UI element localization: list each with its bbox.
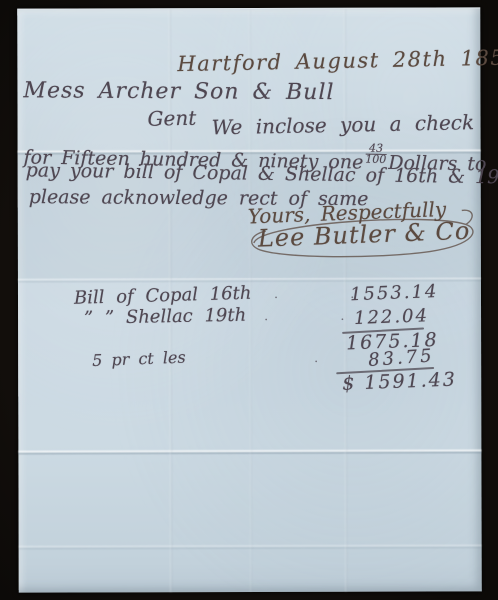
fraction-denominator: 100 [365,155,386,165]
bill-row-amount-copal: 1553.14 [350,283,439,304]
bill-total-amount: $ 1591.43 [342,370,457,393]
discount-label: 5 pr ct les [92,350,186,369]
signature-flourish [230,204,482,261]
bill-row-label-shellac: ” ” Shellac 19th [84,307,247,328]
bill-row-amount-shellac: 122.04 [354,307,430,328]
scan-stage: Hartford August 28th 1854 Mess Archer So… [0,0,498,600]
addressee-line: Mess Archer Son & Bull [23,80,334,104]
leader-dots-row4: · [314,355,352,370]
cents-fraction: 43100 [365,144,386,165]
letter-paper: Hartford August 28th 1854 Mess Archer So… [17,7,482,592]
salutation: Gent [147,108,196,129]
body-line-1: We inclose you a check [211,112,474,137]
dateline: Hartford August 28th 1854 [177,47,498,75]
